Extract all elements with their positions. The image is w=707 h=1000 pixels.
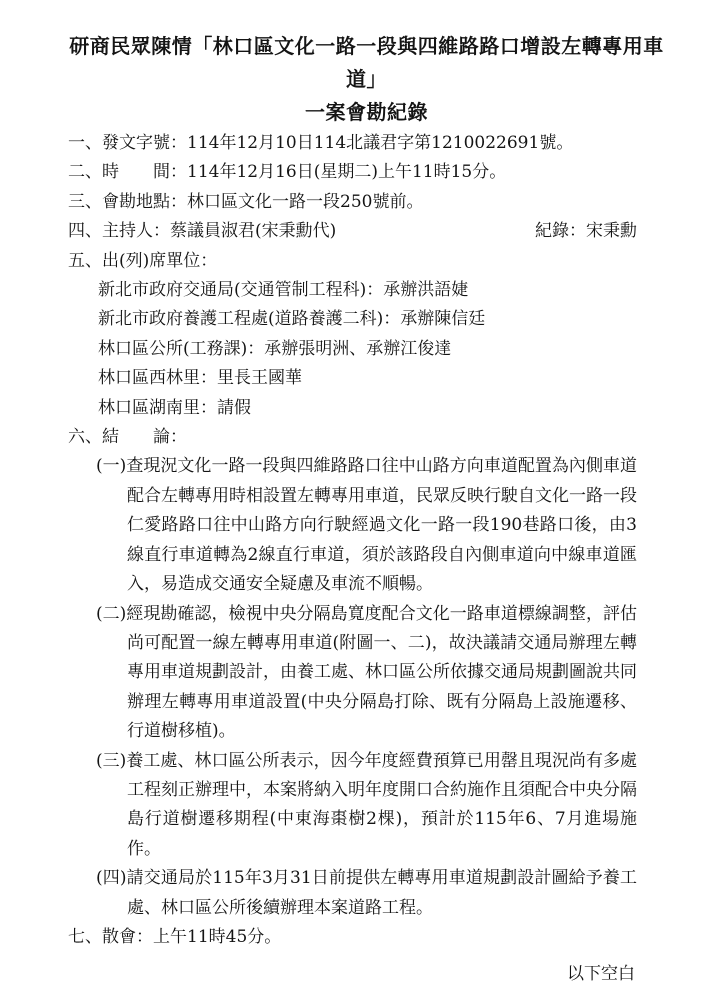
attendees-list: 新北市政府交通局(交通管制工程科)：承辦洪語婕 新北市政府養護工程處(道路養護二…: [68, 276, 665, 423]
conclusion-item: (二)經現勘確認，檢視中央分隔島寬度配合文化一路車道標線調整，評估尚可配置一線左…: [96, 600, 637, 747]
conclusion-item: (一)查現況文化一路一段與四維路路口往中山路方向車道配置為內側車道配合左轉專用時…: [96, 452, 637, 599]
attendee-item: 新北市政府交通局(交通管制工程科)：承辦洪語婕: [98, 276, 665, 305]
meta-doc-number: 一、發文字號：114年12月10日114北議君字第1210022691號。: [68, 129, 665, 158]
conclusion-list: (一)查現況文化一路一段與四維路路口往中山路方向車道配置為內側車道配合左轉專用時…: [68, 452, 665, 923]
meta-recorder: 紀錄：宋秉勳: [535, 217, 637, 246]
meta-chair: 四、主持人：蔡議員淑君(宋秉勳代): [68, 217, 336, 246]
adjourn-line: 七、散會：上午11時45分。: [68, 923, 665, 952]
attendee-item: 林口區公所(工務課)：承辦張明洲、承辦江俊達: [98, 335, 665, 364]
attendee-item: 新北市政府養護工程處(道路養護二科)：承辦陳信廷: [98, 305, 665, 334]
attendee-item: 林口區湖南里：請假: [98, 394, 665, 423]
document-title-line1: 研商民眾陳情「林口區文化一路一段與四維路路口增設左轉專用車道」: [68, 30, 665, 96]
meta-time: 二、時 間：114年12月16日(星期二)上午11時15分。: [68, 158, 665, 187]
document-title-line2: 一案會勘紀錄: [68, 96, 665, 129]
meta-chair-row: 四、主持人：蔡議員淑君(宋秉勳代) 紀錄：宋秉勳: [68, 217, 665, 246]
attendee-item: 林口區西林里：里長王國華: [98, 364, 665, 393]
conclusion-header: 六、結 論：: [68, 423, 665, 452]
footer-note: 以下空白: [68, 960, 635, 989]
document-page: 研商民眾陳情「林口區文化一路一段與四維路路口增設左轉專用車道」 一案會勘紀錄 一…: [0, 0, 707, 1000]
meta-location: 三、會勘地點：林口區文化一路一段250號前。: [68, 188, 665, 217]
conclusion-item: (三)養工處、林口區公所表示，因今年度經費預算已用罄且現況尚有多處工程刻正辦理中…: [96, 747, 637, 865]
conclusion-item: (四)請交通局於115年3月31日前提供左轉專用車道規劃設計圖給予養工處、林口區…: [96, 864, 637, 923]
attendees-header: 五、出(列)席單位：: [68, 247, 665, 276]
